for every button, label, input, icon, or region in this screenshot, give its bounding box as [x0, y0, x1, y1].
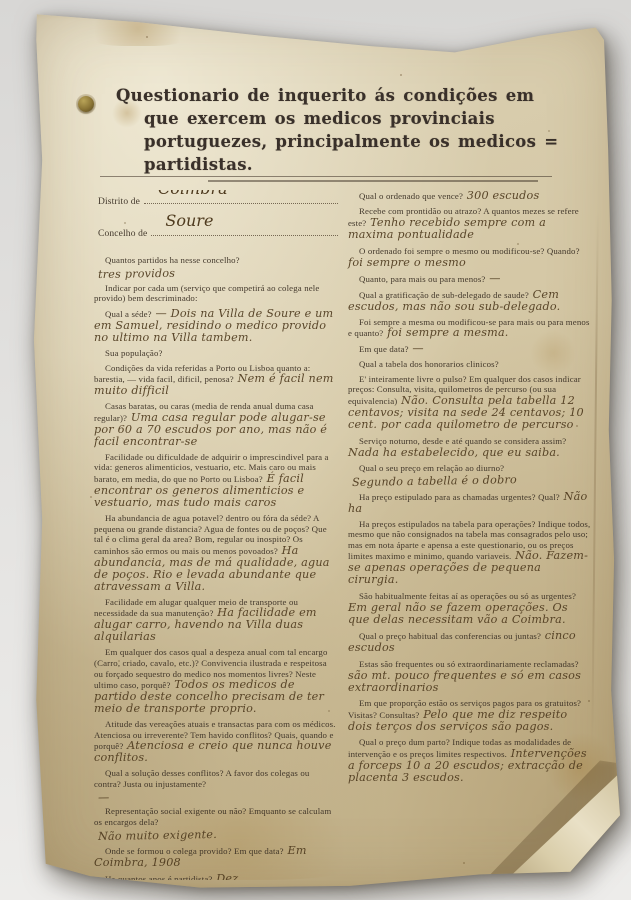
dotted-line: Soure [151, 224, 338, 236]
question-text: Estas são frequentes ou só extraordinari… [359, 659, 579, 669]
question-block: Facilidade ou dificuldade de adquirir o … [94, 452, 338, 509]
question-block: Casas baratas, ou caras (media de renda … [94, 401, 338, 448]
paper-crease [591, 210, 599, 750]
question-text: Qual a tabela dos honorarios clinicos? [359, 359, 499, 369]
question-block: Quantos partidos ha nesse concelho?tres … [94, 255, 338, 279]
question-text: Representação social exigente ou não? Em… [94, 806, 331, 827]
handwritten-answer: — [485, 272, 500, 285]
handwritten-answer: Nada ha estabelecido, que eu saiba. [348, 446, 560, 459]
title-divider [100, 176, 552, 182]
question-block: Quanto, para mais ou para menos? — [348, 273, 592, 285]
question-block: Qual o preço habitual das conferencias o… [348, 630, 592, 654]
questionnaire-body: Distrito deCoimbraConcelho deSoureQuanto… [94, 190, 592, 880]
question-text: Onde se formou o colega provido? Em que … [105, 846, 284, 856]
question-block: (3)Em qualquer dos casos qual a despeza … [94, 647, 338, 715]
question-block: Serviço noturno, desde e até quando se c… [348, 435, 592, 459]
question-block: Qual o seu preço em relação ao diurno?Se… [348, 463, 592, 487]
question-text: Concelho de [98, 229, 147, 240]
question-block: Sua população? [94, 348, 338, 359]
divider-line-thick [208, 180, 538, 182]
handwritten-answer: 300 escudos [463, 190, 539, 202]
question-text: Qual o seu preço em relação ao diurno? [359, 463, 504, 473]
question-text: Serviço noturno, desde e até quando se c… [359, 436, 566, 446]
question-block: São habitualmente feitas aí as operações… [348, 590, 592, 626]
handwritten-answer: — [94, 788, 338, 804]
question-text: Qual o ordenado que vence? [359, 191, 463, 201]
handwritten-answer: Coimbra [158, 190, 228, 197]
question-block: Qual o preço dum parto? Indique todas as… [348, 737, 592, 784]
document-title: Questionario de inquerito ás condições e… [116, 84, 576, 176]
question-block: O ordenado foi sempre o mesmo ou modific… [348, 245, 592, 269]
question-block: Ha quantos anos é partidista? Dez [94, 873, 338, 880]
photo-backdrop: Questionario de inquerito ás condições e… [0, 0, 631, 900]
handwritten-answer: tres providos [94, 265, 338, 281]
handwritten-answer: Soure [165, 213, 213, 229]
handwritten-answer: Segundo a tabella é o dobro [348, 472, 592, 488]
question-block: Em que proporção estão os serviços pagos… [348, 698, 592, 733]
question-block: Estas são frequentes ou só extraordinari… [348, 658, 592, 694]
question-block: Qual a gratificação de sub-delegado de s… [348, 289, 592, 313]
paper-stain [78, 12, 198, 46]
question-block: Distrito deCoimbra [98, 192, 338, 208]
question-block: Condições da vida referidas a Porto ou L… [94, 363, 338, 398]
handwritten-answer: foi sempre o mesmo [348, 256, 466, 269]
handwritten-answer: Dez [212, 872, 238, 880]
left-column: Distrito deCoimbraConcelho deSoureQuanto… [94, 190, 338, 880]
question-block: Recebe com prontidão ou atrazo? A quanto… [348, 206, 592, 241]
paper-shadow-wrap: Questionario de inquerito ás condições e… [0, 0, 631, 900]
right-column: Qual o ordenado que vence? 300 escudosRe… [348, 190, 592, 880]
question-text: Qual a séde? [105, 309, 152, 319]
question-block: Atitude das vereações atuais e transacta… [94, 719, 338, 764]
question-text: O ordenado foi sempre o mesmo ou modific… [359, 246, 580, 256]
question-text: Qual o preço habitual das conferencias o… [359, 631, 541, 641]
handwritten-answer: Tenho recebido sempre com a maxima pontu… [348, 216, 546, 241]
question-text: Em que data? [359, 344, 409, 354]
question-block: Qual a tabela dos honorarios clinicos? [348, 359, 592, 370]
question-block: (2)Ha abundancia de agua potavel? dentro… [94, 513, 338, 593]
question-block: Onde se formou o colega provido? Em que … [94, 845, 338, 869]
question-block: Facilidade em alugar qualquer meio de tr… [94, 597, 338, 644]
question-text: Qual a gratificação de sub-delegado de s… [359, 290, 529, 300]
handwritten-answer: são mt. pouco frequentes e só em casos e… [348, 669, 581, 694]
question-block: Concelho deSoure [98, 224, 338, 240]
handwritten-answer: Não muito exigente. [94, 827, 338, 843]
question-block: Qual a solução desses conflitos? A favor… [94, 768, 338, 802]
question-block: Ha preço estipulado para as chamadas urg… [348, 491, 592, 515]
question-block: Representação social exigente ou não? Em… [94, 806, 338, 840]
question-text: Quanto, para mais ou para menos? [359, 274, 485, 284]
handwritten-answer: foi sempre a mesma. [383, 326, 508, 339]
divider-line-thin [100, 176, 552, 177]
question-text: Ha quantos anos é partidista? [105, 874, 212, 880]
question-block: Qual o ordenado que vence? 300 escudos [348, 190, 592, 202]
brass-fastener [78, 96, 94, 112]
question-text: Distrito de [98, 197, 140, 208]
question-block: Foi sempre a mesma ou modificou-se para … [348, 317, 592, 340]
handwritten-answer: — [409, 342, 424, 355]
foxing-speckles [28, 10, 30, 12]
handwritten-answer: Em geral não se fazem operações. Os que … [348, 601, 568, 626]
dotted-line: Coimbra [144, 192, 338, 204]
question-text: Ha preço estipulado para as chamadas urg… [359, 492, 560, 502]
handwritten-answer: Atenciosa e creio que nunca houve confli… [94, 739, 332, 764]
question-text: Qual a solução desses conflitos? A favor… [94, 768, 309, 789]
question-text: Sua população? [105, 348, 163, 358]
question-text: São habitualmente feitas aí as operações… [359, 591, 576, 601]
question-text: Quantos partidos ha nesse concelho? [105, 255, 240, 265]
questionnaire-sheet: Questionario de inquerito ás condições e… [28, 10, 620, 892]
question-block: Qual a séde? — Dois na Villa de Soure e … [94, 308, 338, 344]
question-block: Em que data? — [348, 343, 592, 355]
question-block: Ha preços estipulados na tabela para ope… [348, 519, 592, 587]
handwritten-answer: Uma casa regular pode alugar-se por 60 a… [94, 411, 327, 448]
question-block: (1)Indicar por cada um (serviço que comp… [94, 283, 338, 304]
question-block: E' inteiramente livre o pulso? Em qualqu… [348, 374, 592, 431]
question-text: Indicar por cada um (serviço que competi… [94, 283, 319, 304]
